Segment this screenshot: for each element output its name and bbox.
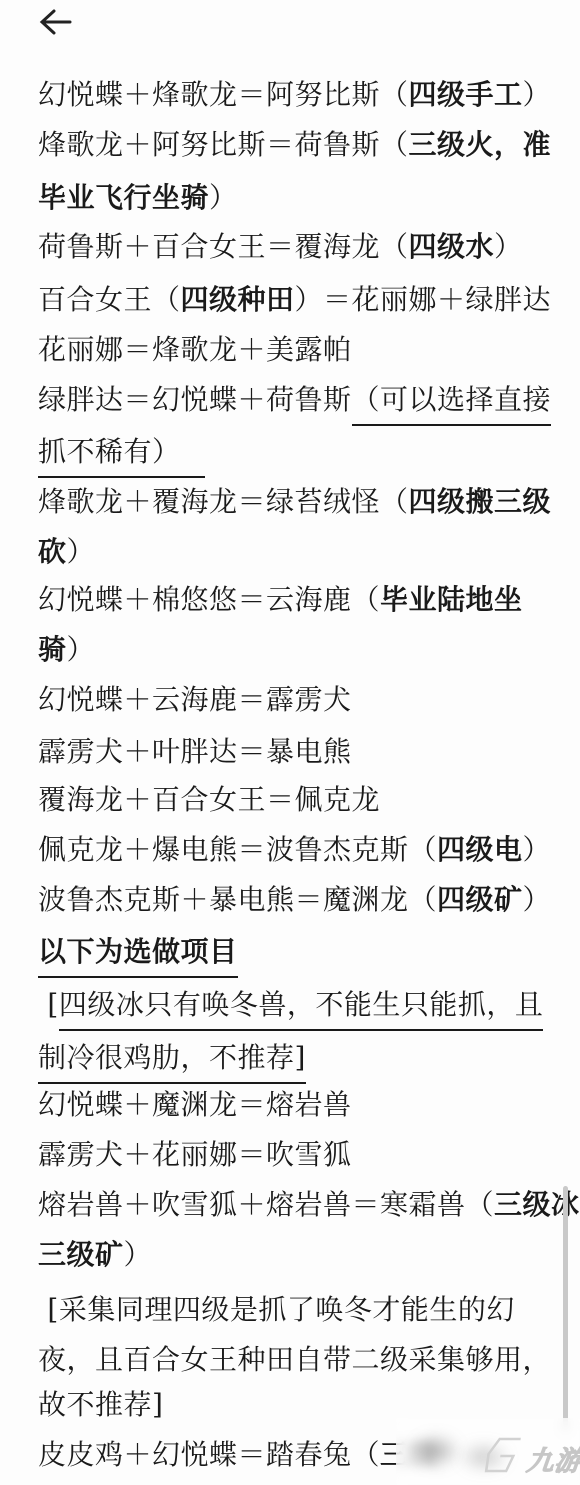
text-line: 烽歌龙＋阿努比斯＝荷鲁斯（三级火，准	[38, 124, 551, 166]
text-segment: 幻悦蝶＋魔渊龙＝熔岩兽	[38, 1084, 352, 1126]
text-segment: 制冷很鸡肋，不推荐]	[38, 1037, 306, 1084]
text-segment: 佩克龙＋爆电熊＝波鲁杰克斯（	[38, 829, 437, 871]
text-line: 幻悦蝶＋棉悠悠＝云海鹿（毕业陆地坐	[38, 579, 523, 621]
text-segment: [	[38, 984, 59, 1026]
text-segment: 荷鲁斯＋百合女王＝覆海龙（	[38, 226, 409, 268]
text-segment: 四级手工	[409, 74, 523, 116]
text-segment: ）	[124, 1234, 153, 1276]
text-segment: 故不推荐]	[38, 1384, 163, 1426]
text-segment: ）	[209, 177, 238, 219]
text-segment: 毕业陆地坐	[380, 579, 523, 621]
text-segment: 以下为选做项目	[38, 931, 238, 978]
text-segment: 四级搬三级	[409, 481, 552, 523]
text-segment: 霹雳犬＋花丽娜＝吹雪狐	[38, 1134, 352, 1176]
text-segment: 波鲁杰克斯＋暴电熊＝魔渊龙（	[38, 879, 437, 921]
text-segment: 皮皮鸡＋幻悦蝶＝踏春兔（	[38, 1434, 380, 1476]
blur-overlay	[396, 1418, 580, 1485]
text-line: 抓不稀有）	[38, 431, 205, 473]
text-segment: 三级火，准	[409, 124, 552, 166]
text-line: 花丽娜＝烽歌龙＋美露帕	[38, 329, 352, 371]
text-segment: 四级矿	[437, 879, 523, 921]
text-line: 霹雳犬＋花丽娜＝吹雪狐	[38, 1134, 352, 1176]
text-segment: 四级水	[409, 226, 495, 268]
text-segment: 覆海龙＋百合女王＝佩克龙	[38, 779, 380, 821]
text-line: 皮皮鸡＋幻悦蝶＝踏春兔（三级	[38, 1434, 437, 1476]
text-segment: 夜，且百合女王种田自带二级采集够用，	[38, 1339, 551, 1381]
text-line: [四级冰只有唤冬兽，不能生只能抓，且	[38, 984, 543, 1026]
text-line: 三级矿）	[38, 1234, 152, 1276]
text-line: 毕业飞行坐骑）	[38, 177, 238, 219]
text-line: 幻悦蝶＋云海鹿＝霹雳犬	[38, 679, 352, 721]
text-segment: ）	[67, 629, 96, 671]
scrollbar-thumb[interactable]	[563, 1186, 568, 1432]
text-line: [采集同理四级是抓了唤冬才能生的幻	[38, 1289, 515, 1331]
text-segment: 四级种田	[181, 279, 295, 321]
text-segment: 骑	[38, 629, 67, 671]
text-segment: 花丽娜＝烽歌龙＋美露帕	[38, 329, 352, 371]
text-line: 百合女王（四级种田）＝花丽娜＋绿胖达	[38, 279, 551, 321]
text-segment: [采集同理四级是抓了唤冬才能生的幻	[38, 1289, 515, 1331]
text-segment: 幻悦蝶＋烽歌龙＝阿努比斯（	[38, 74, 409, 116]
text-segment: 四级冰只有唤冬兽，不能生只能抓，且	[59, 984, 544, 1031]
text-segment: ）	[523, 74, 552, 116]
text-line: 以下为选做项目	[38, 931, 238, 973]
text-segment: （可以选择直接	[352, 379, 552, 426]
text-segment: 绿胖达＝幻悦蝶＋荷鲁斯	[38, 379, 352, 421]
text-line: 幻悦蝶＋烽歌龙＝阿努比斯（四级手工）	[38, 74, 551, 116]
text-segment: ）	[523, 879, 552, 921]
text-line: 故不推荐]	[38, 1384, 163, 1426]
text-segment: 百合女王（	[38, 279, 181, 321]
text-line: 幻悦蝶＋魔渊龙＝熔岩兽	[38, 1084, 352, 1126]
text-segment: 幻悦蝶＋棉悠悠＝云海鹿（	[38, 579, 380, 621]
text-line: 荷鲁斯＋百合女王＝覆海龙（四级水）	[38, 226, 523, 268]
text-segment: 烽歌龙＋覆海龙＝绿苔绒怪（	[38, 481, 409, 523]
text-segment: ）	[494, 226, 523, 268]
text-line: 烽歌龙＋覆海龙＝绿苔绒怪（四级搬三级	[38, 481, 551, 523]
text-line: 砍）	[38, 531, 95, 573]
blurred-text-smudge	[458, 1442, 510, 1472]
text-segment: 毕业飞行坐骑	[38, 177, 209, 219]
text-segment: 幻悦蝶＋云海鹿＝霹雳犬	[38, 679, 352, 721]
text-line: 覆海龙＋百合女王＝佩克龙	[38, 779, 380, 821]
text-segment: ）	[523, 829, 552, 871]
text-line: 绿胖达＝幻悦蝶＋荷鲁斯（可以选择直接	[38, 379, 551, 421]
text-line: 霹雳犬＋叶胖达＝暴电熊	[38, 731, 352, 773]
text-line: 熔岩兽＋吹雪狐＋熔岩兽＝寒霜兽（三级冰	[38, 1184, 580, 1226]
text-segment: 烽歌龙＋阿努比斯＝荷鲁斯（	[38, 124, 409, 166]
article-body: 幻悦蝶＋烽歌龙＝阿努比斯（四级手工）烽歌龙＋阿努比斯＝荷鲁斯（三级火，准毕业飞行…	[0, 0, 580, 1485]
text-line: 骑）	[38, 629, 95, 671]
text-line: 波鲁杰克斯＋暴电熊＝魔渊龙（四级矿）	[38, 879, 551, 921]
text-line: 佩克龙＋爆电熊＝波鲁杰克斯（四级电）	[38, 829, 551, 871]
text-segment: ）＝花丽娜＋绿胖达	[295, 279, 552, 321]
text-segment: 抓不稀有）	[38, 431, 205, 478]
text-segment: 熔岩兽＋吹雪狐＋熔岩兽＝寒霜兽（	[38, 1184, 494, 1226]
text-segment: 四级电	[437, 829, 523, 871]
blurred-text-smudge	[412, 1434, 460, 1468]
text-line: 制冷很鸡肋，不推荐]	[38, 1037, 306, 1079]
text-segment: 砍	[38, 531, 67, 573]
text-line: 夜，且百合女王种田自带二级采集够用，	[38, 1339, 551, 1381]
text-segment: 霹雳犬＋叶胖达＝暴电熊	[38, 731, 352, 773]
text-segment: 三级矿	[38, 1234, 124, 1276]
text-segment: ）	[67, 531, 96, 573]
